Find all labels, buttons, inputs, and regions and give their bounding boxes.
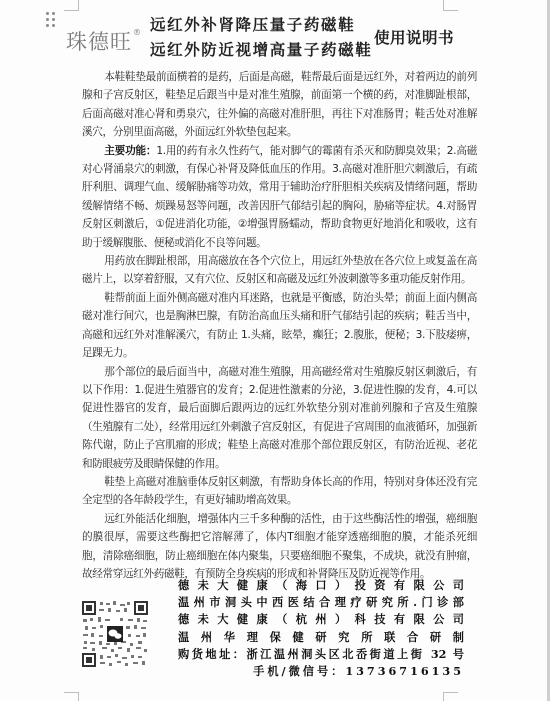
- paragraph: 用药放在脚趾根部，用高磁放在各个穴位上，用远红外垫放在各穴位上或复盖在高磁片上，…: [82, 252, 477, 289]
- product-title: 远红外防近视增高量子药磁鞋: [150, 37, 372, 62]
- manual-label: 使用说明书: [374, 26, 454, 48]
- phone-wechat-number: 手机/微信号：13736716135: [178, 663, 464, 680]
- paragraph-text: 1.用的药有永久性药气，能对脚气的霉菌有杀灭和防脚臭效果；2.高磁对心肾涌泉穴的…: [82, 145, 477, 249]
- company-line: 德 未 大 健 康 （ 海 口 ） 投 资 有 限 公 司: [178, 577, 464, 594]
- purchase-address: 购货地址：浙江温州洞头区北岙街道上街 32 号: [178, 646, 464, 663]
- document-page: 珠德旺® 远红外补肾降压量子药磁鞋 远红外防近视增高量子药磁鞋 使用说明书 本鞋…: [0, 0, 547, 701]
- document-body: 本鞋鞋垫最前面横着的是药，后面是高磁，鞋帮最后面是远红外，对着两边的前列腺和子宫…: [82, 68, 477, 583]
- document-header: 珠德旺® 远红外补肾降压量子药磁鞋 远红外防近视增高量子药磁鞋 使用说明书: [0, 8, 547, 64]
- margin-corner-mark: [443, 692, 458, 701]
- paragraph: 那个部位的最后面当中，高磁对准生殖腺，用高磁经常对生殖腺反射区刺激后，有以下作用…: [82, 363, 477, 473]
- margin-corner-mark: [64, 692, 79, 701]
- brand-name: 珠德旺: [66, 30, 132, 54]
- company-line: 德 未 大 健 康 （ 杭 州 ） 科 技 有 限 公 司: [178, 611, 464, 628]
- paragraph: 远红外能活化细胞，增强体内三千多种酶的活性，由于这些酶活性的增强，癌细胞的膜很厚…: [82, 510, 477, 584]
- paragraph: 主要功能：1.用的药有永久性药气，能对脚气的霉菌有杀灭和防脚臭效果；2.高磁对心…: [82, 142, 477, 252]
- paragraph-text: 用药放在脚趾根部，用高磁放在各个穴位上，用远红外垫放在各穴位上或复盖在高磁片上，…: [82, 255, 477, 285]
- paragraph-text: 鞋帮前面上面外侧高磁对准内耳迷路，也就是平衡感，防治头晕；前面上面内侧高磁对准行…: [82, 292, 477, 359]
- paragraph-lead: 主要功能：: [104, 145, 156, 157]
- paragraph-text: 远红外能活化细胞，增强体内三千多种酶的活性，由于这些酶活性的增强，癌细胞的膜很厚…: [82, 513, 477, 580]
- paragraph: 本鞋鞋垫最前面横着的是药，后面是高磁，鞋帮最后面是远红外，对着两边的前列腺和子宫…: [82, 68, 477, 142]
- product-titles: 远红外补肾降压量子药磁鞋 远红外防近视增高量子药磁鞋: [150, 12, 372, 62]
- paragraph: 鞋垫上高磁对准脑垂体反射区刺激，有帮助身体长高的作用，特别对身体还没有完全定型的…: [82, 473, 477, 510]
- paragraph-text: 鞋垫上高磁对准脑垂体反射区刺激，有帮助身体长高的作用，特别对身体还没有完全定型的…: [82, 476, 477, 506]
- company-info: 德 未 大 健 康 （ 海 口 ） 投 资 有 限 公 司 温州市洞头中西医结合…: [178, 577, 464, 680]
- company-line: 温州市洞头中西医结合理疗研究所.门诊部: [178, 594, 464, 611]
- registered-mark: ®: [133, 28, 142, 37]
- brand-logo: 珠德旺®: [66, 26, 142, 56]
- paragraph-text: 那个部位的最后面当中，高磁对准生殖腺，用高磁经常对生殖腺反射区刺激后，有以下作用…: [82, 366, 477, 470]
- company-line: 温 州 华 理 保 健 研 究 所 联 合 研 制: [178, 629, 464, 646]
- document-footer: 德 未 大 健 康 （ 海 口 ） 投 资 有 限 公 司 温州市洞头中西医结合…: [0, 575, 547, 685]
- wechat-qr-code-icon: [80, 599, 150, 669]
- paragraph: 鞋帮前面上面外侧高磁对准内耳迷路，也就是平衡感，防治头晕；前面上面内侧高磁对准行…: [82, 289, 477, 363]
- product-title: 远红外补肾降压量子药磁鞋: [150, 12, 372, 37]
- paragraph-text: 本鞋鞋垫最前面横着的是药，后面是高磁，鞋帮最后面是远红外，对着两边的前列腺和子宫…: [82, 71, 477, 138]
